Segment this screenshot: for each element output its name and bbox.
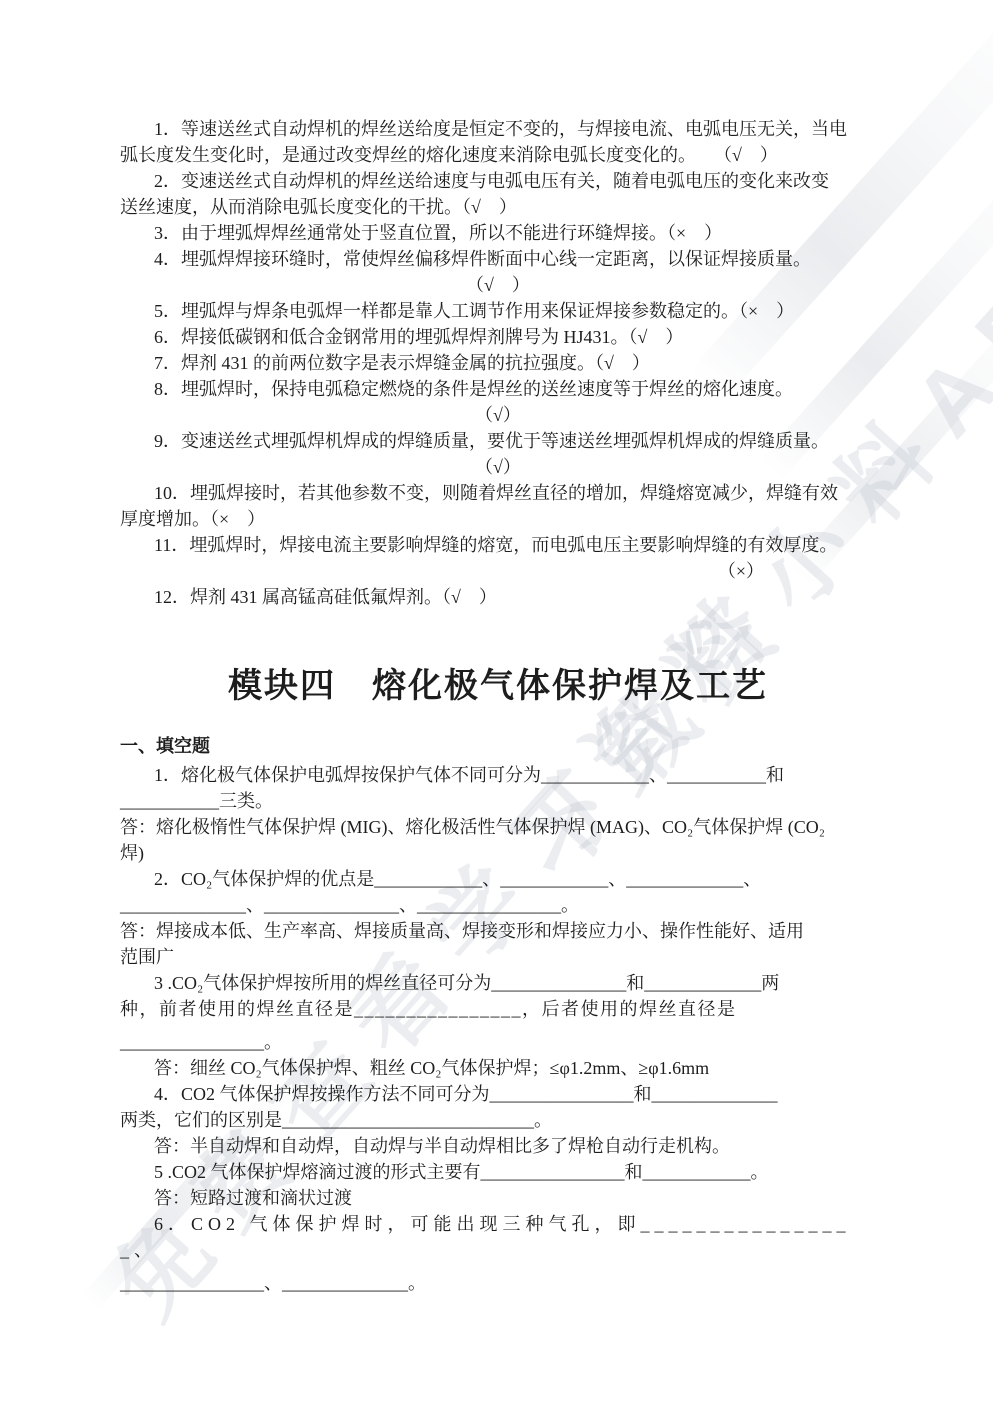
fill-question-2-line-2: ______________、_______________、_________… [120, 892, 876, 918]
judge-answer-11-mark: （×） [120, 558, 876, 584]
judge-question-5: 5．埋弧焊与焊条电弧焊一样都是靠人工调节作用来保证焊接参数稳定的。（× ） [120, 298, 876, 324]
judge-question-10-line-2: 厚度增加。（× ） [120, 506, 876, 532]
fill-answer-4: 答：半自动焊和自动焊，自动焊与半自动焊相比多了焊枪自动行走机构。 [120, 1133, 876, 1159]
judge-question-10-line-1: 10．埋弧焊接时，若其他参数不变，则随着焊丝直径的增加，焊缝熔宽减少，焊缝有效 [120, 480, 876, 506]
fill-question-6-line-1: 6．CO2 气体保护焊时，可能出现三种气孔，即________________、 [120, 1211, 876, 1263]
fill-answer-1-line-1: 答：熔化极惰性气体保护焊 (MIG)、熔化极活性气体保护焊 (MAG)、CO₂气… [120, 814, 876, 840]
fill-question-1-line-1: 1．熔化极气体保护电弧焊按保护气体不同可分为____________、_____… [120, 762, 876, 788]
fill-answer-3: 答：细丝 CO₂气体保护焊、粗丝 CO₂气体保护焊；≤φ1.2mm、≥φ1.6m… [120, 1055, 876, 1081]
judge-question-2-line-2: 送丝速度，从而消除电弧长度变化的干扰。（√ ） [120, 194, 876, 220]
judge-question-11: 11．埋弧焊时，焊接电流主要影响焊缝的熔宽，而电弧电压主要影响焊缝的有效厚度。 [120, 532, 876, 558]
fill-question-6-line-2: ________________、______________。 [120, 1270, 876, 1296]
fill-question-2-line-1: 2．CO₂气体保护焊的优点是____________、____________、… [120, 866, 876, 892]
fill-answer-1-line-2: 焊) [120, 840, 876, 866]
judge-answer-8-mark: （√） [120, 402, 876, 428]
judge-question-2-line-1: 2．变速送丝式自动焊机的焊丝送给速度与电弧电压有关，随着电弧电压的变化来改变 [120, 168, 876, 194]
fill-answer-2-line-2: 范围广 [120, 944, 876, 970]
judge-question-12: 12．焊剂 431 属高锰高硅低氟焊剂。（√ ） [120, 584, 876, 610]
fill-answer-2-line-1: 答：焊接成本低、生产率高、焊接质量高、焊接变形和焊接应力小、操作性能好、适用 [120, 918, 876, 944]
fill-question-4-line-1: 4．CO2 气体保护焊按操作方法不同可分为________________和__… [120, 1081, 876, 1107]
fill-question-3-line-1: 3 .CO₂气体保护焊按所用的焊丝直径可分为_______________和__… [120, 970, 876, 996]
judge-question-8: 8．埋弧焊时，保持电弧稳定燃烧的条件是焊丝的送丝速度等于焊丝的熔化速度。 [120, 376, 876, 402]
judge-answer-9-mark: （√） [120, 454, 876, 480]
subsection-heading: 一、填空题 [120, 732, 876, 760]
fill-answer-5: 答：短路过渡和滴状过渡 [120, 1185, 876, 1211]
fill-question-5: 5 .CO2 气体保护焊熔滴过渡的形式主要有________________和_… [120, 1159, 876, 1185]
document-page: 免费查看学习资料 下载资小料APP 1．等速送丝式自动焊机的焊丝送给度是恒定不变… [0, 0, 993, 1404]
fill-question-4-line-2: 两类，它们的区别是____________________________。 [120, 1107, 876, 1133]
judge-question-3: 3．由于埋弧焊焊丝通常处于竖直位置，所以不能进行环缝焊接。（× ） [120, 220, 876, 246]
judge-question-6: 6．焊接低碳钢和低合金钢常用的埋弧焊焊剂牌号为 HJ431。（√ ） [120, 324, 876, 350]
judge-question-1-line-1: 1．等速送丝式自动焊机的焊丝送给度是恒定不变的，与焊接电流、电弧电压无关，当电 [120, 116, 876, 142]
fill-question-3-line-2: 种，前者使用的焊丝直径是________________，后者使用的焊丝直径是 [120, 996, 876, 1022]
page-content: 1．等速送丝式自动焊机的焊丝送给度是恒定不变的，与焊接电流、电弧电压无关，当电 … [120, 116, 876, 1296]
judge-question-1-line-2: 弧长度发生变化时，是通过改变焊丝的熔化速度来消除电弧长度变化的。 （√ ） [120, 142, 876, 168]
fill-question-3-line-3: ________________。 [120, 1029, 876, 1055]
judge-answer-4-mark: （√ ） [120, 272, 876, 298]
judge-question-9: 9．变速送丝式埋弧焊机焊成的焊缝质量，要优于等速送丝埋弧焊机焊成的焊缝质量。 [120, 428, 876, 454]
section-title: 模块四 熔化极气体保护焊及工艺 [120, 664, 876, 708]
fill-question-1-line-2: ___________三类。 [120, 788, 876, 814]
judge-question-7: 7．焊剂 431 的前两位数字是表示焊缝金属的抗拉强度。（√ ） [120, 350, 876, 376]
judge-question-4: 4．埋弧焊焊接环缝时，常使焊丝偏移焊件断面中心线一定距离，以保证焊接质量。 [120, 246, 876, 272]
